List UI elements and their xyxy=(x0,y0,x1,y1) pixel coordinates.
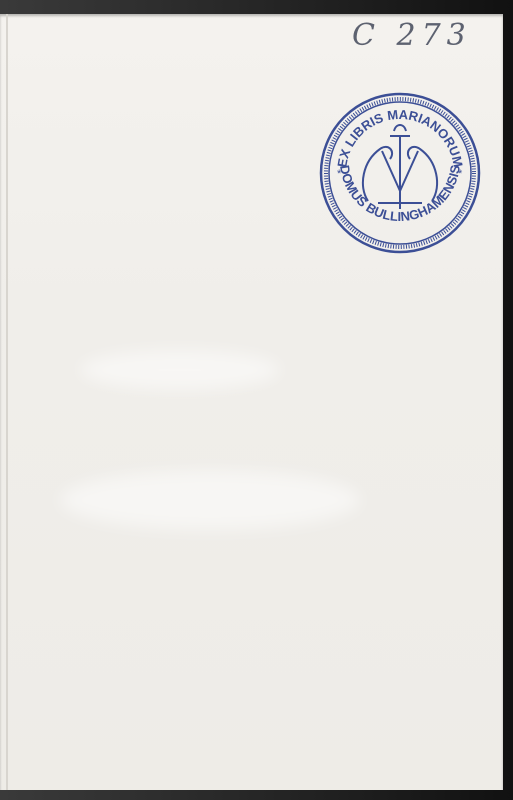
library-stamp: EX LIBRIS MARIANORUM DOMUS BULLINGHAMENS… xyxy=(318,91,482,255)
marian-monogram-icon xyxy=(363,125,437,209)
page-gutter xyxy=(6,14,8,790)
paper-highlight xyxy=(60,470,360,530)
stamp-star-icon: * xyxy=(458,168,463,180)
stamp-star-icon: * xyxy=(337,168,342,180)
paper-highlight xyxy=(80,350,280,390)
handwritten-call-number: C 273 xyxy=(352,18,472,53)
